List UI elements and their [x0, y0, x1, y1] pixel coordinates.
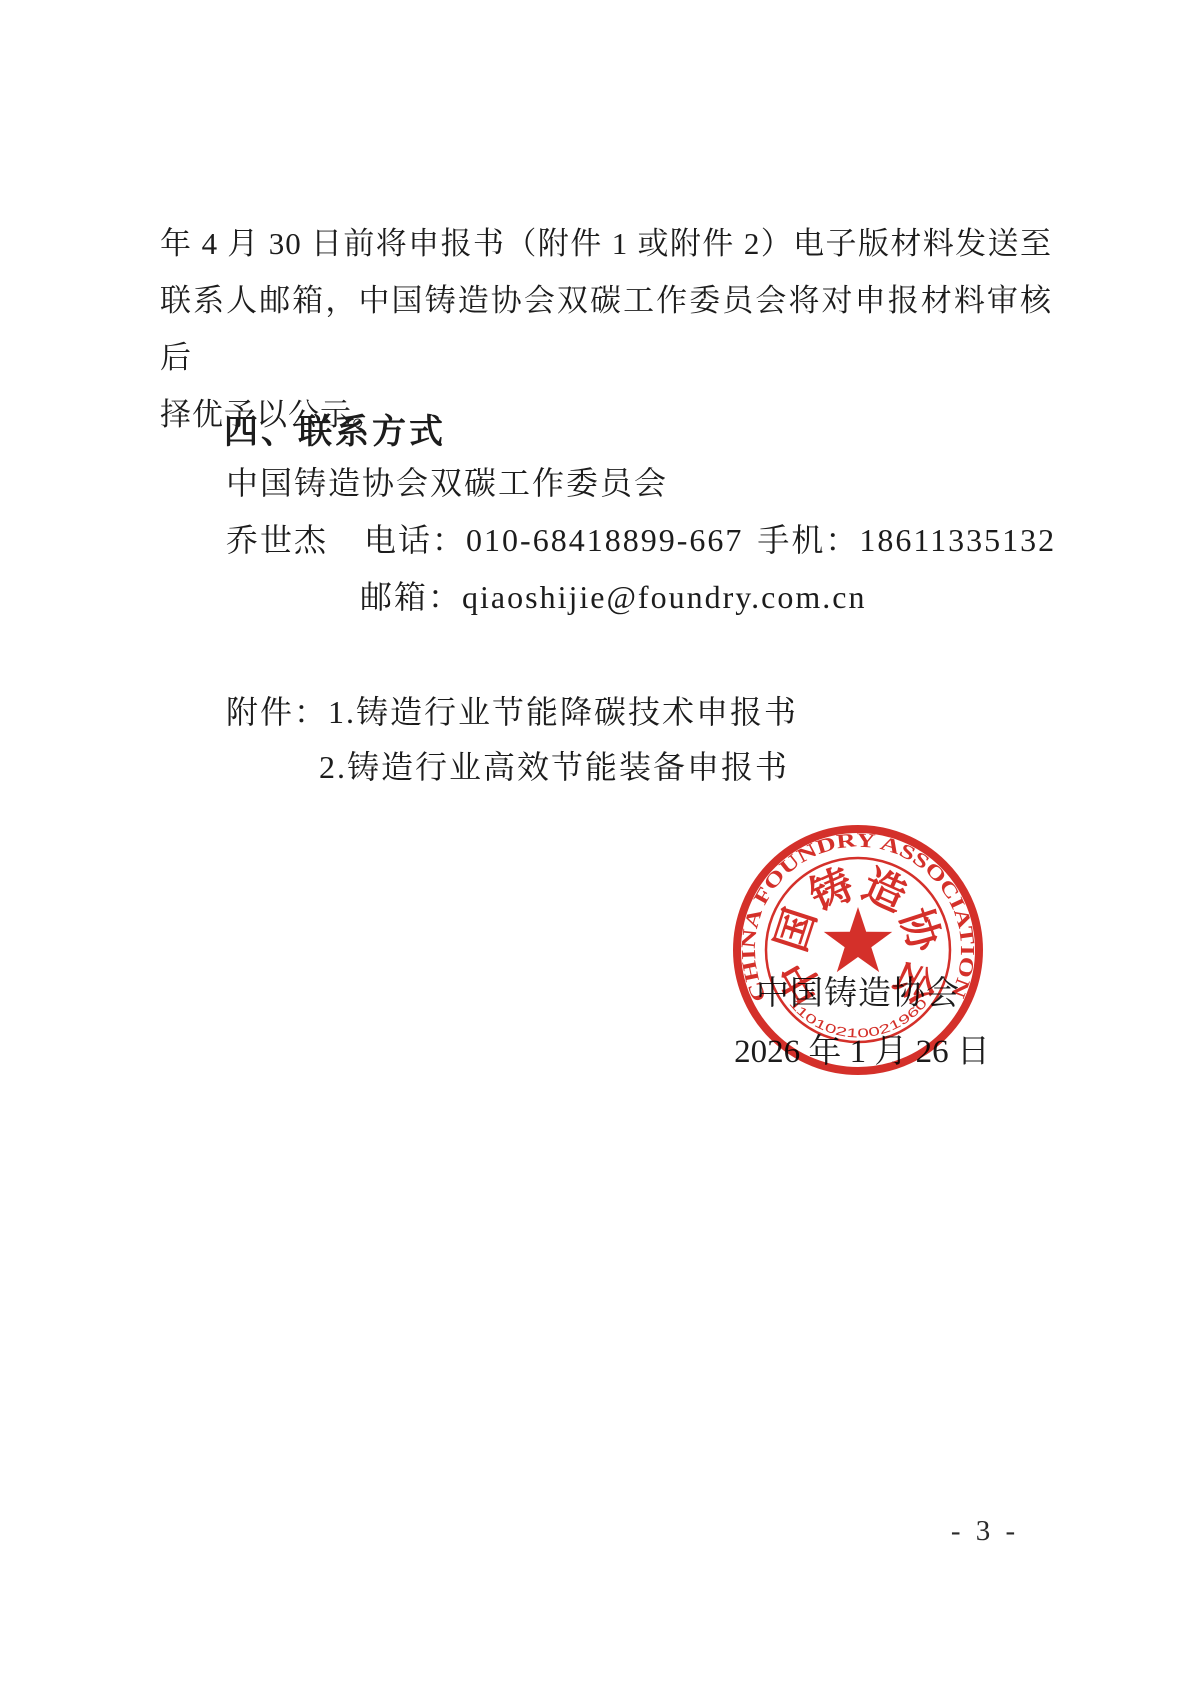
contact-person: 乔世杰	[226, 522, 328, 558]
contact-organization: 中国铸造协会双碳工作委员会	[226, 455, 668, 512]
attachments-line-2: 2.铸造行业高效节能装备申报书	[319, 739, 789, 796]
mobile-number: 18611335132	[859, 522, 1056, 558]
attachments-line-1: 附件：1.铸造行业节能降碳技术申报书	[226, 684, 798, 741]
attachment-item: 2.铸造行业高效节能装备申报书	[319, 749, 789, 785]
document-page: 年 4 月 30 日前将申报书（附件 1 或附件 2）电子版材料发送至 联系人邮…	[0, 0, 1200, 1697]
section-heading: 四、联系方式	[224, 404, 446, 461]
email-address: qiaoshijie@foundry.com.cn	[462, 579, 866, 615]
mobile-label: 手机：	[757, 522, 859, 558]
contact-email-line: 邮箱：qiaoshijie@foundry.com.cn	[360, 569, 866, 626]
body-line: 年 4 月 30 日前将申报书（附件 1 或附件 2）电子版材料发送至	[160, 215, 1052, 272]
attachments-label: 附件：	[226, 694, 328, 730]
body-line: 联系人邮箱，中国铸造协会双碳工作委员会将对申报材料审核后	[160, 272, 1052, 386]
attachment-item: 1.铸造行业节能降碳技术申报书	[328, 694, 798, 730]
email-label: 邮箱：	[360, 579, 462, 615]
official-seal: CHINA FOUNDRY ASSOCIATION 中 国 铸 造 协 会 11…	[728, 820, 988, 1080]
phone-label: 电话：	[364, 522, 466, 558]
phone-number: 010-68418899-667	[466, 522, 743, 558]
contact-phone-line: 乔世杰电话：010-68418899-667手机：18611335132	[226, 512, 1056, 569]
page-number: - 3 -	[900, 1515, 1070, 1548]
seal-star-icon	[824, 907, 892, 972]
